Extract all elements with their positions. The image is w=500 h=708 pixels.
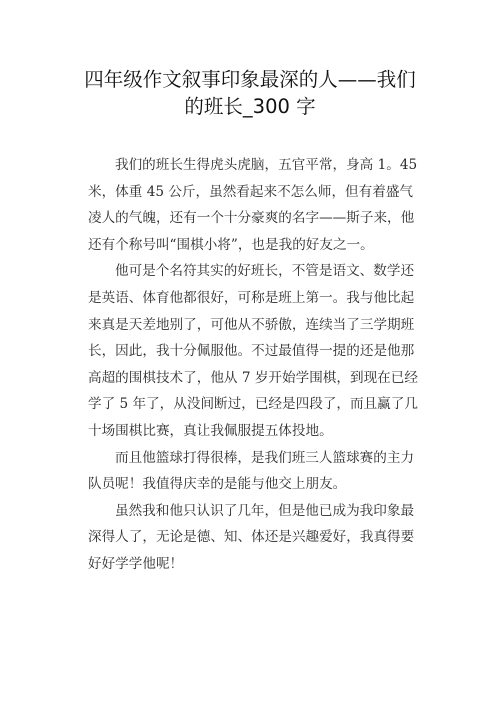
paragraph-line: 十场围棋比赛，真让我佩服提五体投地。 [88, 418, 408, 445]
paragraph-line: 凌人的气魄，还有一个十分豪爽的名字——斯子来，他 [88, 205, 408, 232]
paragraph-line: 是英语、体育他都很好，可称是班上第一。我与他比起 [88, 285, 408, 312]
paragraph-line: 米，体重 45 公斤，虽然看起来不怎么师，但有着盛气 [88, 179, 408, 206]
paragraph-line: 高超的围棋技术了，他从 7 岁开始学围棋，到现在已经 [88, 365, 408, 392]
paragraph-1: 我们的班长生得虎头虎脑，五官平常，身高 1。45 米，体重 45 公斤，虽然看起… [88, 152, 408, 258]
document-body: 我们的班长生得虎头虎脑，五官平常，身高 1。45 米，体重 45 公斤，虽然看起… [88, 152, 408, 578]
paragraph-line: 我们的班长生得虎头虎脑，五官平常，身高 1。45 [88, 152, 408, 179]
paragraph-line: 学了 5 年了，从没间断过，已经是四段了，而且赢了几 [88, 391, 408, 418]
paragraph-line: 来真是天差地别了，可他从不骄傲，连续当了三学期班 [88, 312, 408, 339]
document-title: 四年级作文叙事印象最深的人——我们 的班长_300 字 [60, 66, 440, 120]
paragraph-line: 深得人了，无论是德、知、体还是兴趣爱好，我真得要 [88, 524, 408, 551]
paragraph-4: 虽然我和他只认识了几年，但是他已成为我印象最 深得人了，无论是德、知、体还是兴趣… [88, 498, 408, 578]
paragraph-line: 队员呢！我值得庆幸的是能与他交上朋友。 [88, 471, 408, 498]
document-page: 四年级作文叙事印象最深的人——我们 的班长_300 字 我们的班长生得虎头虎脑，… [0, 0, 500, 708]
paragraph-line: 长，因此，我十分佩服他。不过最值得一提的还是他那 [88, 338, 408, 365]
paragraph-2: 他可是个名符其实的好班长，不管是语文、数学还 是英语、体育他都很好，可称是班上第… [88, 258, 408, 444]
title-line-2: 的班长_300 字 [60, 93, 440, 120]
paragraph-line: 而且他篮球打得很棒，是我们班三人篮球赛的主力 [88, 445, 408, 472]
paragraph-line: 还有个称号叫“围棋小将”，也是我的好友之一。 [88, 232, 408, 259]
paragraph-line: 他可是个名符其实的好班长，不管是语文、数学还 [88, 258, 408, 285]
paragraph-3: 而且他篮球打得很棒，是我们班三人篮球赛的主力 队员呢！我值得庆幸的是能与他交上朋… [88, 445, 408, 498]
paragraph-line: 好好学学他呢！ [88, 551, 408, 578]
title-line-1: 四年级作文叙事印象最深的人——我们 [60, 66, 440, 93]
paragraph-line: 虽然我和他只认识了几年，但是他已成为我印象最 [88, 498, 408, 525]
